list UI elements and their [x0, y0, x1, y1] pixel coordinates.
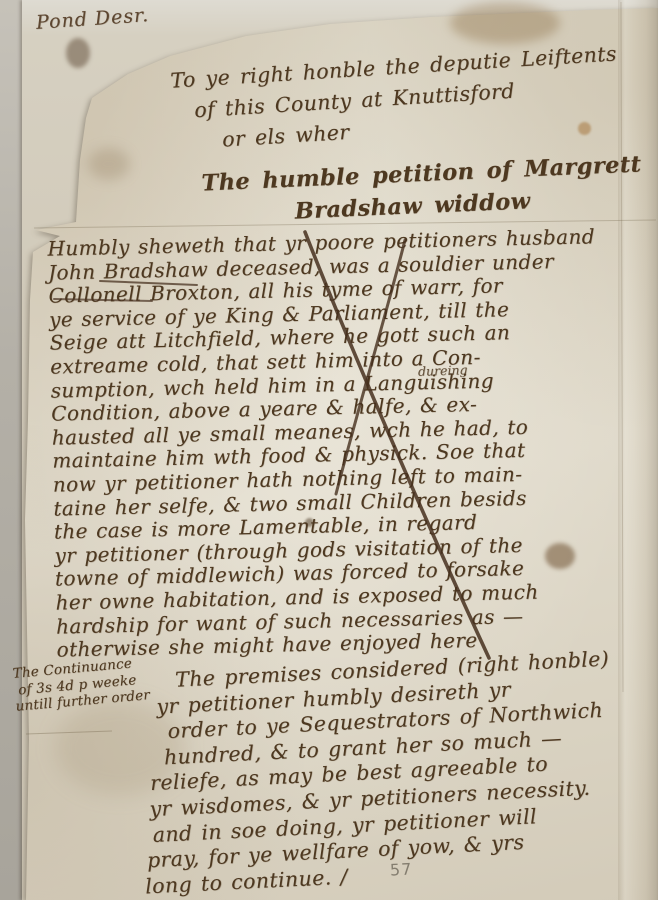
page-number: 57 [390, 859, 413, 879]
closing-block: The premises considered (right honble) y… [135, 647, 620, 900]
interlineation: dureing [418, 362, 468, 379]
manuscript-photo: Pond Desr. To ye right honble the deputi… [0, 0, 658, 900]
petition-body: Humbly sheweth that yr poore petitioners… [47, 224, 641, 662]
